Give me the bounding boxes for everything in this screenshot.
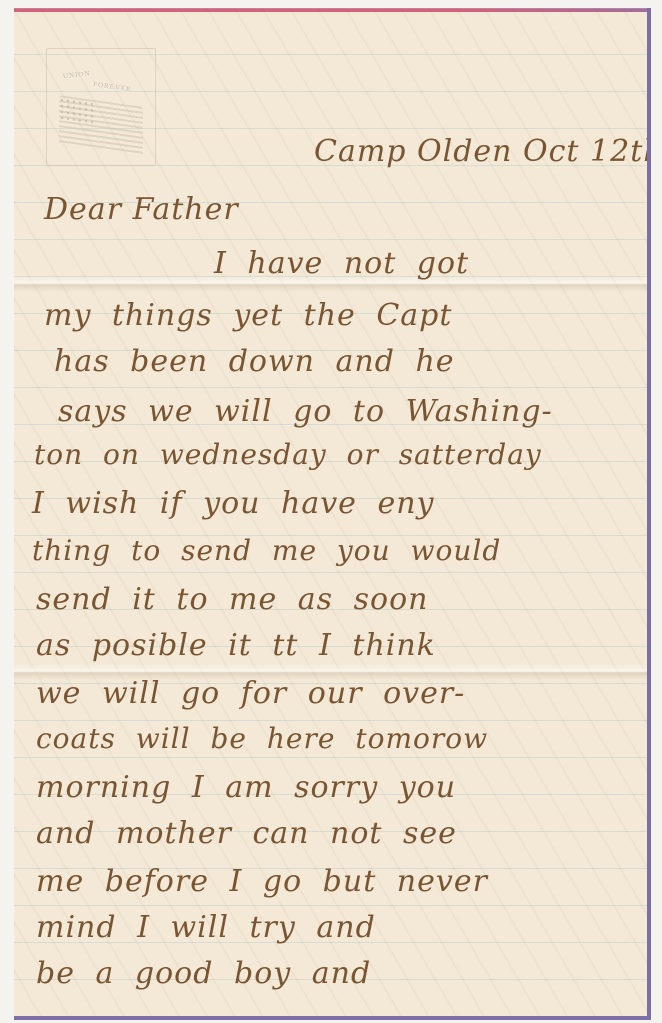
body-line-16: be a good boy and — [36, 956, 371, 991]
body-line-1: I have not got — [214, 246, 469, 281]
body-line-14: me before I go but never — [36, 864, 488, 899]
letter-salutation: Dear Father — [44, 192, 239, 227]
letter-dateline: Camp Olden Oct 12th — [314, 134, 651, 169]
body-line-12: morning I am sorry you — [36, 770, 456, 805]
letter-sheet: UNION FOREVER Camp Olden Oct 12th Dear F… — [14, 8, 651, 1020]
flag-stars-icon — [59, 97, 93, 124]
emblem-ribbon-text-1: UNION — [63, 70, 91, 81]
body-line-10: we will go for our over- — [36, 676, 465, 711]
body-line-11: coats will be here tomorow — [36, 722, 488, 755]
body-line-8: send it to me as soon — [36, 582, 428, 617]
embossed-flag-emblem: UNION FOREVER — [46, 48, 156, 166]
body-line-2: my things yet the Capt — [44, 298, 452, 333]
scanned-letter-page: UNION FOREVER Camp Olden Oct 12th Dear F… — [0, 0, 662, 1023]
body-line-3: has been down and he — [54, 344, 455, 379]
body-line-5: ton on wednesday or satterday — [34, 438, 542, 471]
emblem-ribbon-text-2: FOREVER — [93, 80, 133, 93]
body-line-7: thing to send me you would — [32, 534, 501, 567]
body-line-6: I wish if you have eny — [32, 486, 434, 521]
body-line-9: as posible it tt I think — [36, 628, 436, 663]
body-line-13: and mother can not see — [36, 816, 457, 851]
body-line-4: says we will go to Washing- — [58, 394, 553, 429]
body-line-15: mind I will try and — [36, 910, 376, 945]
pink-top-edge — [14, 8, 647, 12]
